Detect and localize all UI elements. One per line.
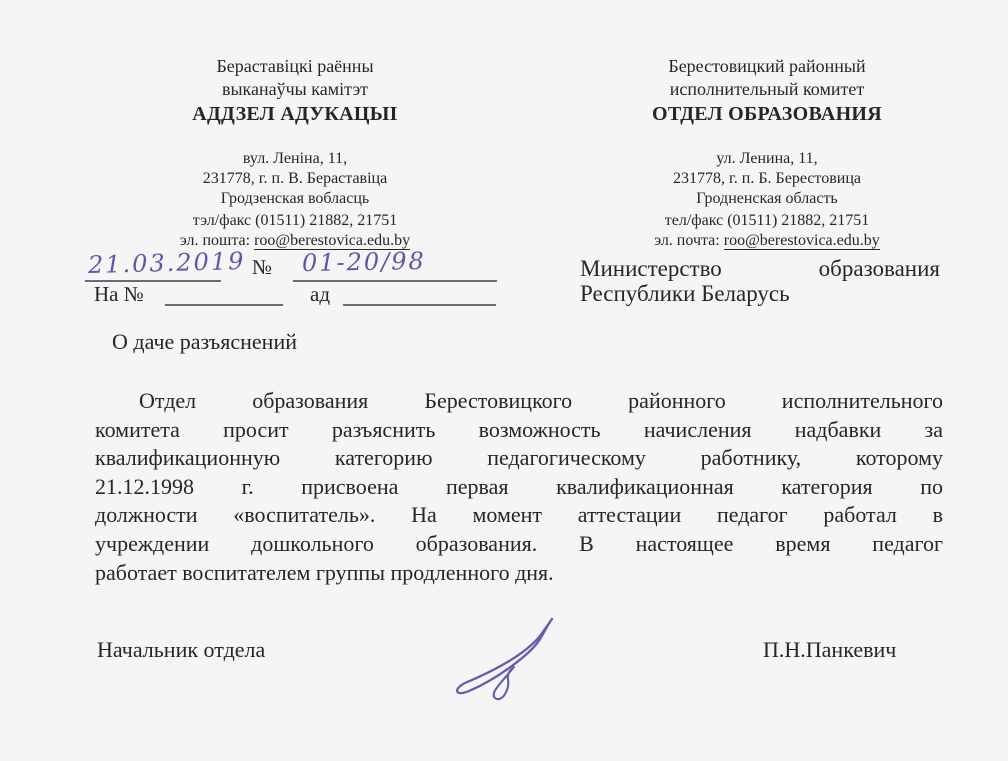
incoming-date-label: ад xyxy=(310,282,330,307)
address-line: 231778, г. п. Б. Берестовица xyxy=(612,169,922,189)
email-line: эл. почта: roo@berestovica.edu.by xyxy=(612,231,922,251)
letterhead-belarusian: Бераставіцкі раённы выканаўчы камітэт АД… xyxy=(140,55,450,251)
phone-line: тэл/факс (01511) 21882, 21751 xyxy=(140,211,450,231)
org-name-line: Берестовицкий районный xyxy=(612,55,922,78)
body-line: комитета просит разъяснить возможность н… xyxy=(95,416,943,445)
department-title: АДДЗЕЛ АДУКАЦЫІ xyxy=(140,102,450,126)
incoming-number-blank-line xyxy=(165,304,283,306)
addressee-line: Министерство образования xyxy=(580,256,940,281)
address-line: вул. Леніна, 11, xyxy=(140,149,450,169)
incoming-number-label: На № xyxy=(94,282,144,307)
email-label: эл. почта: xyxy=(654,232,724,249)
email-address: roo@berestovica.edu.by xyxy=(724,232,880,250)
org-name-line: исполнительный комитет xyxy=(612,78,922,101)
department-title: ОТДЕЛ ОБРАЗОВАНИЯ xyxy=(612,102,922,126)
body-line: должности «воспитатель». На момент аттес… xyxy=(95,501,943,530)
phone-line: тел/факс (01511) 21882, 21751 xyxy=(612,211,922,231)
org-name-line: выканаўчы камітэт xyxy=(140,78,450,101)
incoming-date-blank-line xyxy=(343,304,496,306)
handwritten-doc-number: 01-20/98 xyxy=(302,247,426,277)
doc-number-sign: № xyxy=(252,255,272,280)
address-line: Гродзенская вобласць xyxy=(140,189,450,209)
addressee-word: Министерство xyxy=(580,256,722,281)
subject-line: О даче разъяснений xyxy=(112,329,297,355)
addressee-line: Республики Беларусь xyxy=(580,281,940,306)
address-block: ул. Ленина, 11, 231778, г. п. Б. Бересто… xyxy=(612,149,922,251)
address-line: ул. Ленина, 11, xyxy=(612,149,922,169)
org-name-line: Бераставіцкі раённы xyxy=(140,55,450,78)
handwritten-signature-icon xyxy=(448,613,568,708)
body-line: Отдел образования Берестовицкого районно… xyxy=(95,387,943,416)
addressee-word: образования xyxy=(819,256,940,281)
body-line: 21.12.1998 г. присвоена первая квалифика… xyxy=(95,473,943,502)
signer-position: Начальник отдела xyxy=(97,637,265,663)
addressee-block: Министерство образования Республики Бела… xyxy=(580,256,940,306)
body-line: учреждении дошкольного образования. В на… xyxy=(95,530,943,559)
address-line: Гродненская область xyxy=(612,189,922,209)
letterhead-russian: Берестовицкий районный исполнительный ко… xyxy=(612,55,922,251)
body-paragraph: Отдел образования Берестовицкого районно… xyxy=(95,387,943,587)
body-line: работает воспитателем группы продленного… xyxy=(95,559,943,588)
body-line: квалификационную категорию педагогическо… xyxy=(95,444,943,473)
address-line: 231778, г. п. В. Бераставіца xyxy=(140,169,450,189)
handwritten-date: 21.03.2019 xyxy=(88,247,246,279)
scanned-letter-page: Бераставіцкі раённы выканаўчы камітэт АД… xyxy=(0,0,1008,761)
address-block: вул. Леніна, 11, 231778, г. п. В. Бераст… xyxy=(140,149,450,251)
signer-name: П.Н.Панкевич xyxy=(763,637,896,663)
